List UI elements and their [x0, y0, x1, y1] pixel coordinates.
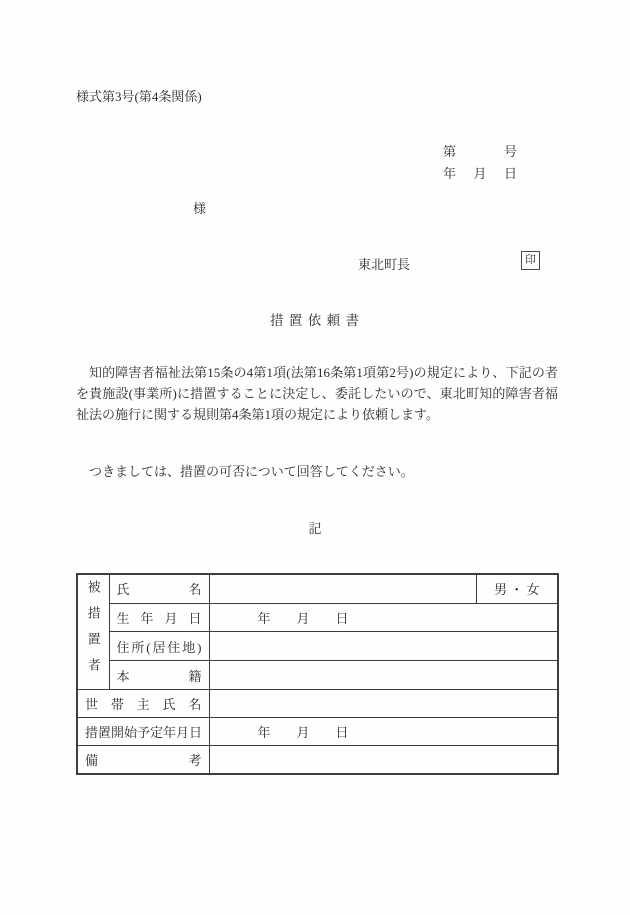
date-day-label: 日 — [504, 163, 517, 182]
seal-placeholder-box: 印 — [521, 251, 540, 270]
placement-form-table: 被措置者 氏名 男 ・ 女 生年月日 年 月 日 住所(居住地) 本籍 — [76, 573, 559, 775]
table-row: 住所(居住地) — [77, 632, 558, 661]
document-title: 措 置 依 頼 書 — [0, 309, 630, 329]
registry-value-cell — [209, 661, 558, 690]
table-row: 被措置者 氏名 男 ・ 女 — [77, 574, 558, 603]
date-month-label: 月 — [473, 163, 486, 182]
addressee-honorific: 様 — [193, 198, 206, 217]
seal-mark: 印 — [525, 255, 536, 266]
table-row: 世帯主氏名 — [77, 690, 558, 718]
address-value-cell — [209, 632, 558, 661]
name-label-cell: 氏名 — [109, 574, 209, 603]
table-row: 生年月日 年 月 日 — [77, 603, 558, 632]
date-line: 年 月 日 — [443, 163, 517, 182]
date-year-label: 年 — [443, 163, 456, 182]
birthdate-value-cell: 年 月 日 — [209, 603, 558, 632]
form-number: 様式第3号(第4条関係) — [76, 86, 202, 105]
remarks-label-cell: 備考 — [77, 746, 209, 775]
address-label-cell: 住所(居住地) — [109, 632, 209, 661]
sex-cell: 男 ・ 女 — [476, 574, 558, 603]
remarks-value-cell — [209, 746, 558, 775]
start-date-label-cell: 措置開始予定年月日 — [77, 718, 209, 746]
householder-label-cell: 世帯主氏名 — [77, 690, 209, 718]
sender-title: 東北町長 — [358, 254, 410, 273]
body-paragraph: 知的障害者福祉法第15条の4第1項(法第16条第1項第2号)の規定により、下記の… — [76, 362, 558, 425]
group-label-vertical: 被措置者 — [84, 580, 103, 684]
name-value-cell — [209, 574, 476, 603]
registry-label-cell: 本籍 — [109, 661, 209, 690]
start-date-value-cell: 年 月 日 — [209, 718, 558, 746]
document-page: 様式第3号(第4条関係) 第 号 年 月 日 様 東北町長 印 措 置 依 頼 … — [0, 0, 630, 915]
birthdate-label-cell: 生年月日 — [109, 603, 209, 632]
householder-value-cell — [209, 690, 558, 718]
ki-marker: 記 — [0, 518, 630, 537]
document-number-line: 第 号 — [443, 141, 517, 160]
request-sentence: つきましては、措置の可否について回答してください。 — [76, 461, 558, 480]
table-row: 備考 — [77, 746, 558, 775]
form-table-container: 被措置者 氏名 男 ・ 女 生年月日 年 月 日 住所(居住地) 本籍 — [76, 573, 559, 775]
group-label-cell: 被措置者 — [77, 574, 109, 690]
table-row: 措置開始予定年月日 年 月 日 — [77, 718, 558, 746]
table-row: 本籍 — [77, 661, 558, 690]
doc-number-suffix: 号 — [504, 141, 517, 160]
doc-number-prefix: 第 — [443, 141, 456, 160]
